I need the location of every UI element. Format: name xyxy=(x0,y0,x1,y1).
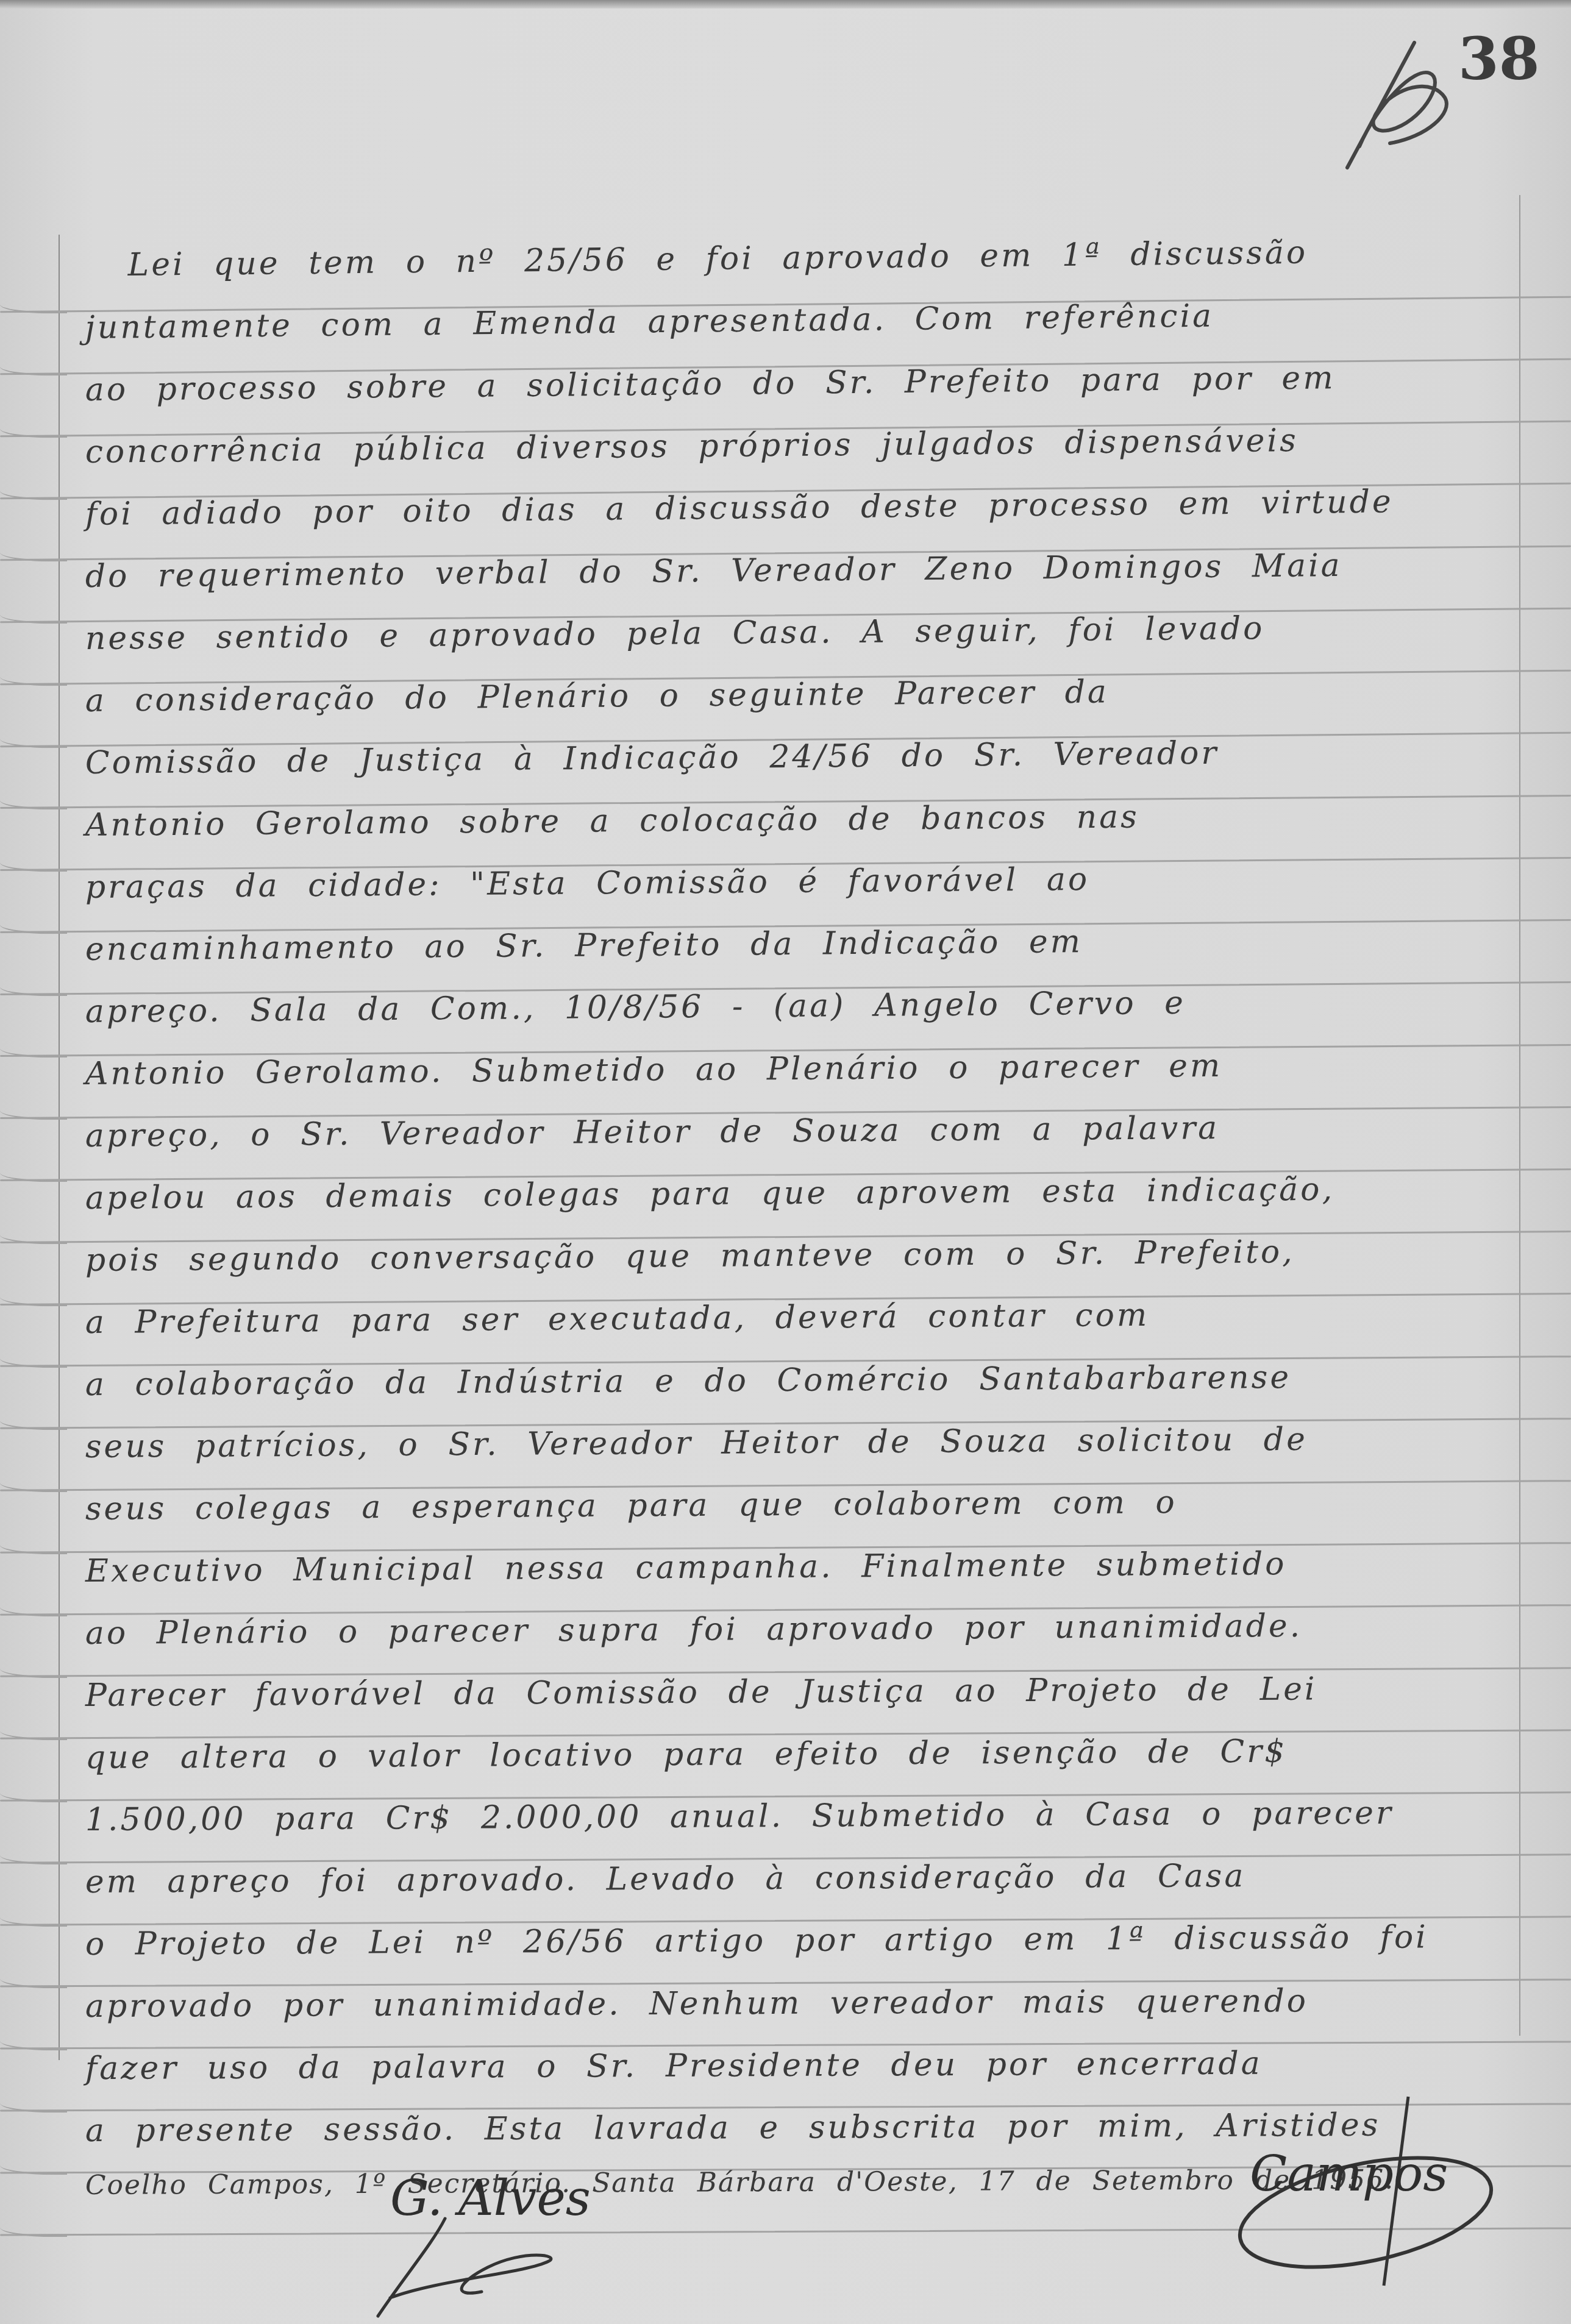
text-line-13: apreço. Sala da Com., 10/8/56 - (aa) Ang… xyxy=(85,983,1512,1030)
left-margin-line xyxy=(59,235,60,2060)
text-line-28: o Projeto de Lei nº 26/56 artigo por art… xyxy=(85,1919,1512,1963)
text-line-5: foi adiado por oito dias a discussão des… xyxy=(85,483,1511,533)
page-top-edge xyxy=(0,0,1571,9)
text-line-1: Lei que tem o nº 25/56 e foi aprovado em… xyxy=(127,232,1555,283)
text-line-6: do requerimento verbal do Sr. Vereador Z… xyxy=(85,546,1511,595)
right-margin-line xyxy=(1519,195,1520,2036)
ledger-page: 38 Lei que tem o nº 25/56 e foi aprovado… xyxy=(0,0,1571,2324)
text-line-27: em apreço foi aprovado. Levado à conside… xyxy=(85,1857,1512,1900)
text-line-11: praças da cidade: "Esta Comissão é favor… xyxy=(85,858,1512,906)
signature-left: G. Alves xyxy=(390,2170,591,2226)
text-line-3: ao processo sobre a solicitação do Sr. P… xyxy=(85,358,1511,408)
text-line-30: fazer uso da palavra o Sr. Presidente de… xyxy=(85,2044,1512,2087)
text-line-2: juntamente com a Emenda apresentada. Com… xyxy=(85,294,1512,346)
text-line-24: Parecer favorável da Comissão de Justiça… xyxy=(85,1670,1512,1714)
text-line-8: a consideração do Plenário o seguinte Pa… xyxy=(85,670,1511,719)
text-line-12: encaminhamento ao Sr. Prefeito da Indica… xyxy=(85,920,1512,968)
rubric-initials-icon xyxy=(1323,30,1469,171)
text-line-9: Comissão de Justiça à Indicação 24/56 do… xyxy=(85,733,1511,781)
text-line-29: aprovado por unanimidade. Nenhum vereado… xyxy=(85,1982,1512,2025)
text-line-25: que altera o valor locativo para efeito … xyxy=(85,1732,1512,1776)
text-line-26: 1.500,00 para Cr$ 2.000,00 anual. Submet… xyxy=(85,1794,1512,1838)
text-line-10: Antonio Gerolamo sobre a colocação de ba… xyxy=(85,796,1512,844)
text-line-7: nesse sentido e aprovado pela Casa. A se… xyxy=(85,608,1511,657)
page-number: 38 xyxy=(1458,24,1540,93)
text-line-4: concorrência pública diversos próprios j… xyxy=(85,421,1511,471)
signature-right: Campos xyxy=(1250,2145,1448,2202)
